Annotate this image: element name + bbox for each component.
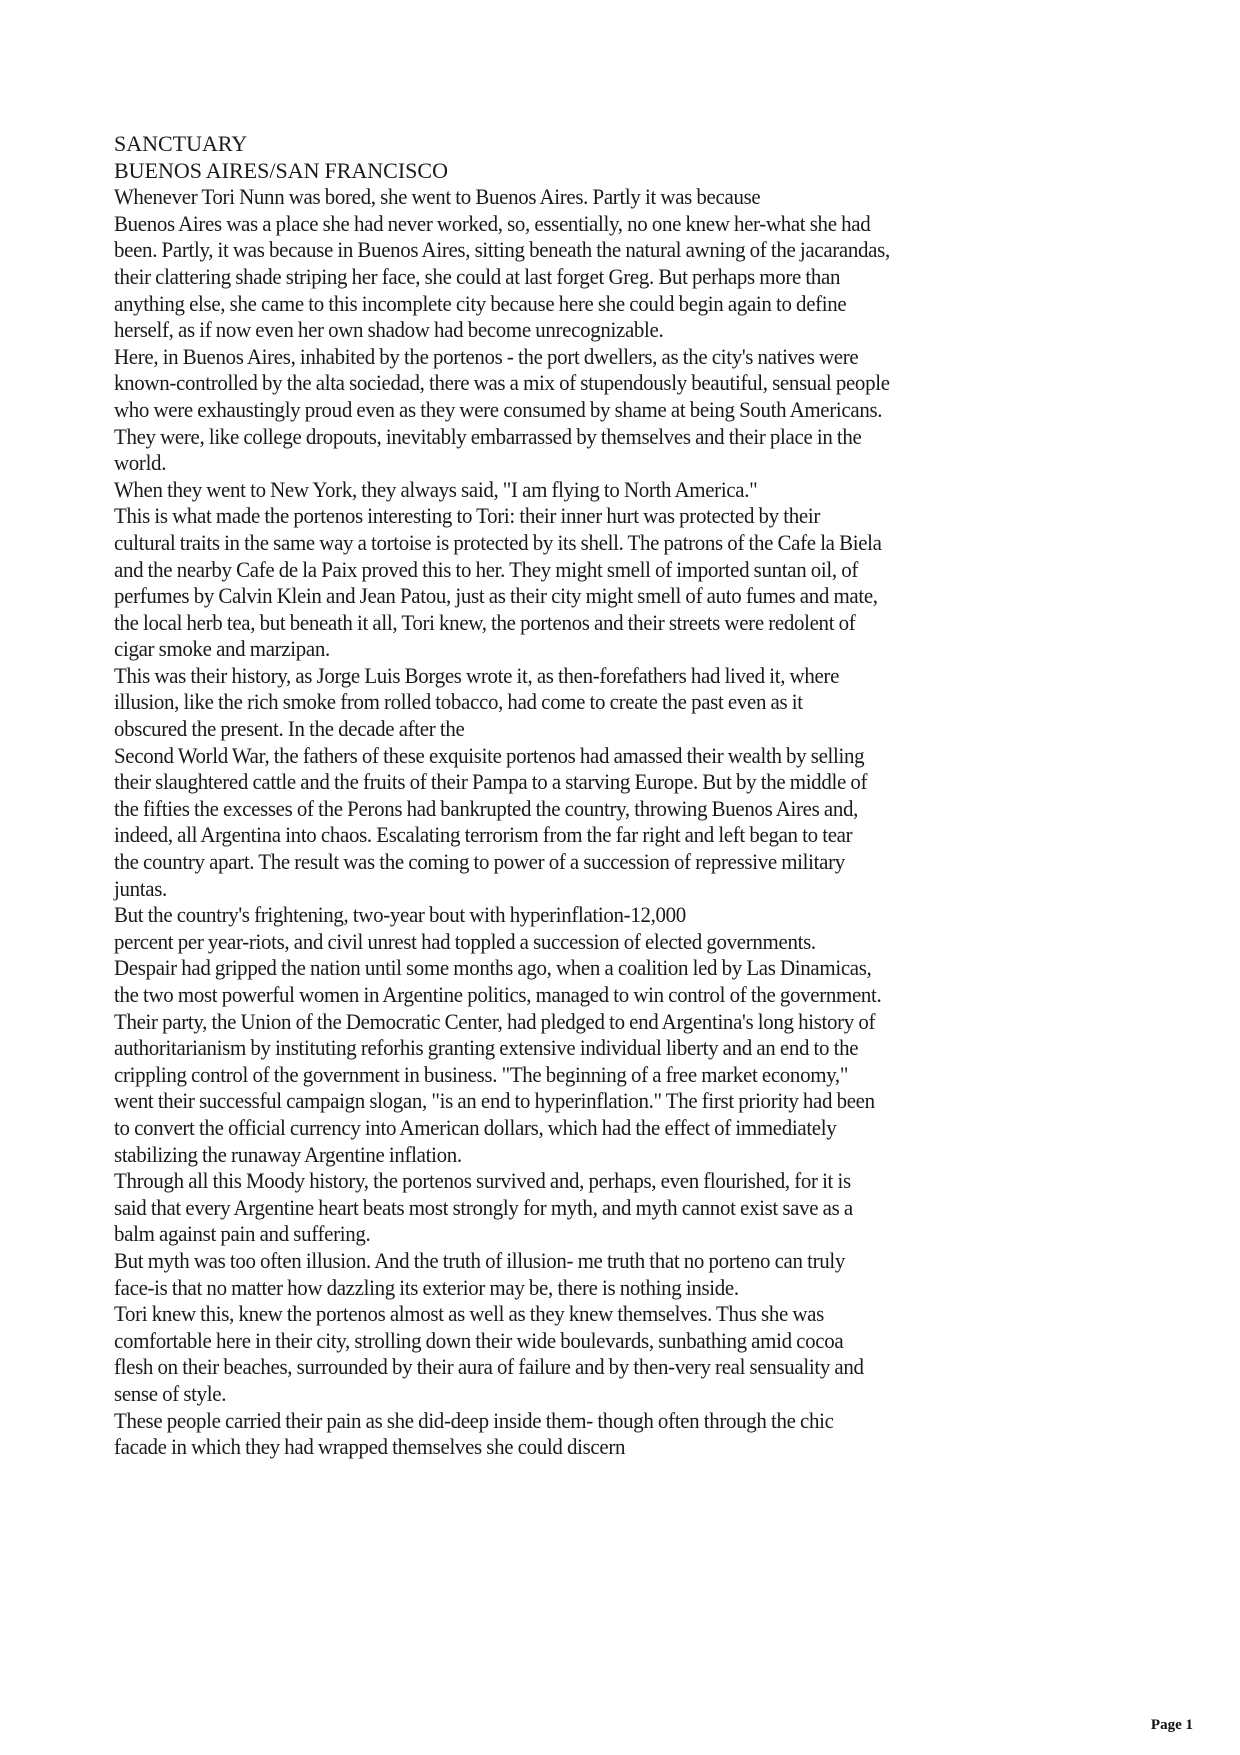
text-line: This is what made the portenos interesti… — [114, 503, 1063, 530]
text-line: This was their history, as Jorge Luis Bo… — [114, 663, 1063, 690]
text-line: face-is that no matter how dazzling its … — [114, 1275, 1063, 1302]
text-line: and the nearby Cafe de la Paix proved th… — [114, 557, 1063, 584]
text-line: world. — [114, 450, 1063, 477]
text-line: flesh on their beaches, surrounded by th… — [114, 1354, 1063, 1381]
text-line: But myth was too often illusion. And the… — [114, 1248, 1063, 1275]
text-line: Their party, the Union of the Democratic… — [114, 1009, 1063, 1036]
text-line: Buenos Aires was a place she had never w… — [114, 211, 1063, 238]
text-line: said that every Argentine heart beats mo… — [114, 1195, 1063, 1222]
text-line: comfortable here in their city, strollin… — [114, 1328, 1063, 1355]
text-line: cultural traits in the same way a tortoi… — [114, 530, 1063, 557]
text-line: their clattering shade striping her face… — [114, 264, 1063, 291]
page-number: Page 1 — [1151, 1717, 1193, 1734]
text-line: Tori knew this, knew the portenos almost… — [114, 1301, 1063, 1328]
text-line: indeed, all Argentina into chaos. Escala… — [114, 822, 1063, 849]
text-line: went their successful campaign slogan, "… — [114, 1088, 1063, 1115]
text-line: Here, in Buenos Aires, inhabited by the … — [114, 344, 1063, 371]
text-line: been. Partly, it was because in Buenos A… — [114, 237, 1063, 264]
text-line: balm against pain and suffering. — [114, 1221, 1063, 1248]
text-line: to convert the official currency into Am… — [114, 1115, 1063, 1142]
text-line: authoritarianism by instituting reforhis… — [114, 1035, 1063, 1062]
text-line: known-controlled by the alta sociedad, t… — [114, 370, 1063, 397]
text-line: illusion, like the rich smoke from rolle… — [114, 689, 1063, 716]
text-line: Whenever Tori Nunn was bored, she went t… — [114, 184, 1063, 211]
text-line: the country apart. The result was the co… — [114, 849, 1063, 876]
document-subtitle: BUENOS AIRES/SAN FRANCISCO — [114, 158, 1134, 185]
text-line: sense of style. — [114, 1381, 1063, 1408]
text-line: These people carried their pain as she d… — [114, 1408, 1063, 1435]
text-line: herself, as if now even her own shadow h… — [114, 317, 1063, 344]
text-line: juntas. — [114, 876, 1063, 903]
text-line: facade in which they had wrapped themsel… — [114, 1434, 1063, 1461]
text-line: When they went to New York, they always … — [114, 477, 1063, 504]
text-line: cigar smoke and marzipan. — [114, 636, 1063, 663]
text-line: the two most powerful women in Argentine… — [114, 982, 1063, 1009]
text-lines: Whenever Tori Nunn was bored, she went t… — [114, 184, 1134, 1461]
text-line: crippling control of the government in b… — [114, 1062, 1063, 1089]
document-body: SANCTUARY BUENOS AIRES/SAN FRANCISCO Whe… — [114, 131, 1134, 1461]
text-line: Through all this Moody history, the port… — [114, 1168, 1063, 1195]
text-line: perfumes by Calvin Klein and Jean Patou,… — [114, 583, 1063, 610]
text-line: But the country's frightening, two-year … — [114, 902, 1063, 929]
document-title: SANCTUARY — [114, 131, 1134, 158]
text-line: stabilizing the runaway Argentine inflat… — [114, 1142, 1063, 1169]
text-line: the local herb tea, but beneath it all, … — [114, 610, 1063, 637]
text-line: their slaughtered cattle and the fruits … — [114, 769, 1063, 796]
text-line: percent per year-riots, and civil unrest… — [114, 929, 1063, 956]
text-line: who were exhaustingly proud even as they… — [114, 397, 1063, 424]
text-line: obscured the present. In the decade afte… — [114, 716, 1063, 743]
text-line: Despair had gripped the nation until som… — [114, 955, 1063, 982]
text-line: They were, like college dropouts, inevit… — [114, 424, 1063, 451]
text-line: the fifties the excesses of the Perons h… — [114, 796, 1063, 823]
text-line: Second World War, the fathers of these e… — [114, 743, 1063, 770]
text-line: anything else, she came to this incomple… — [114, 291, 1063, 318]
